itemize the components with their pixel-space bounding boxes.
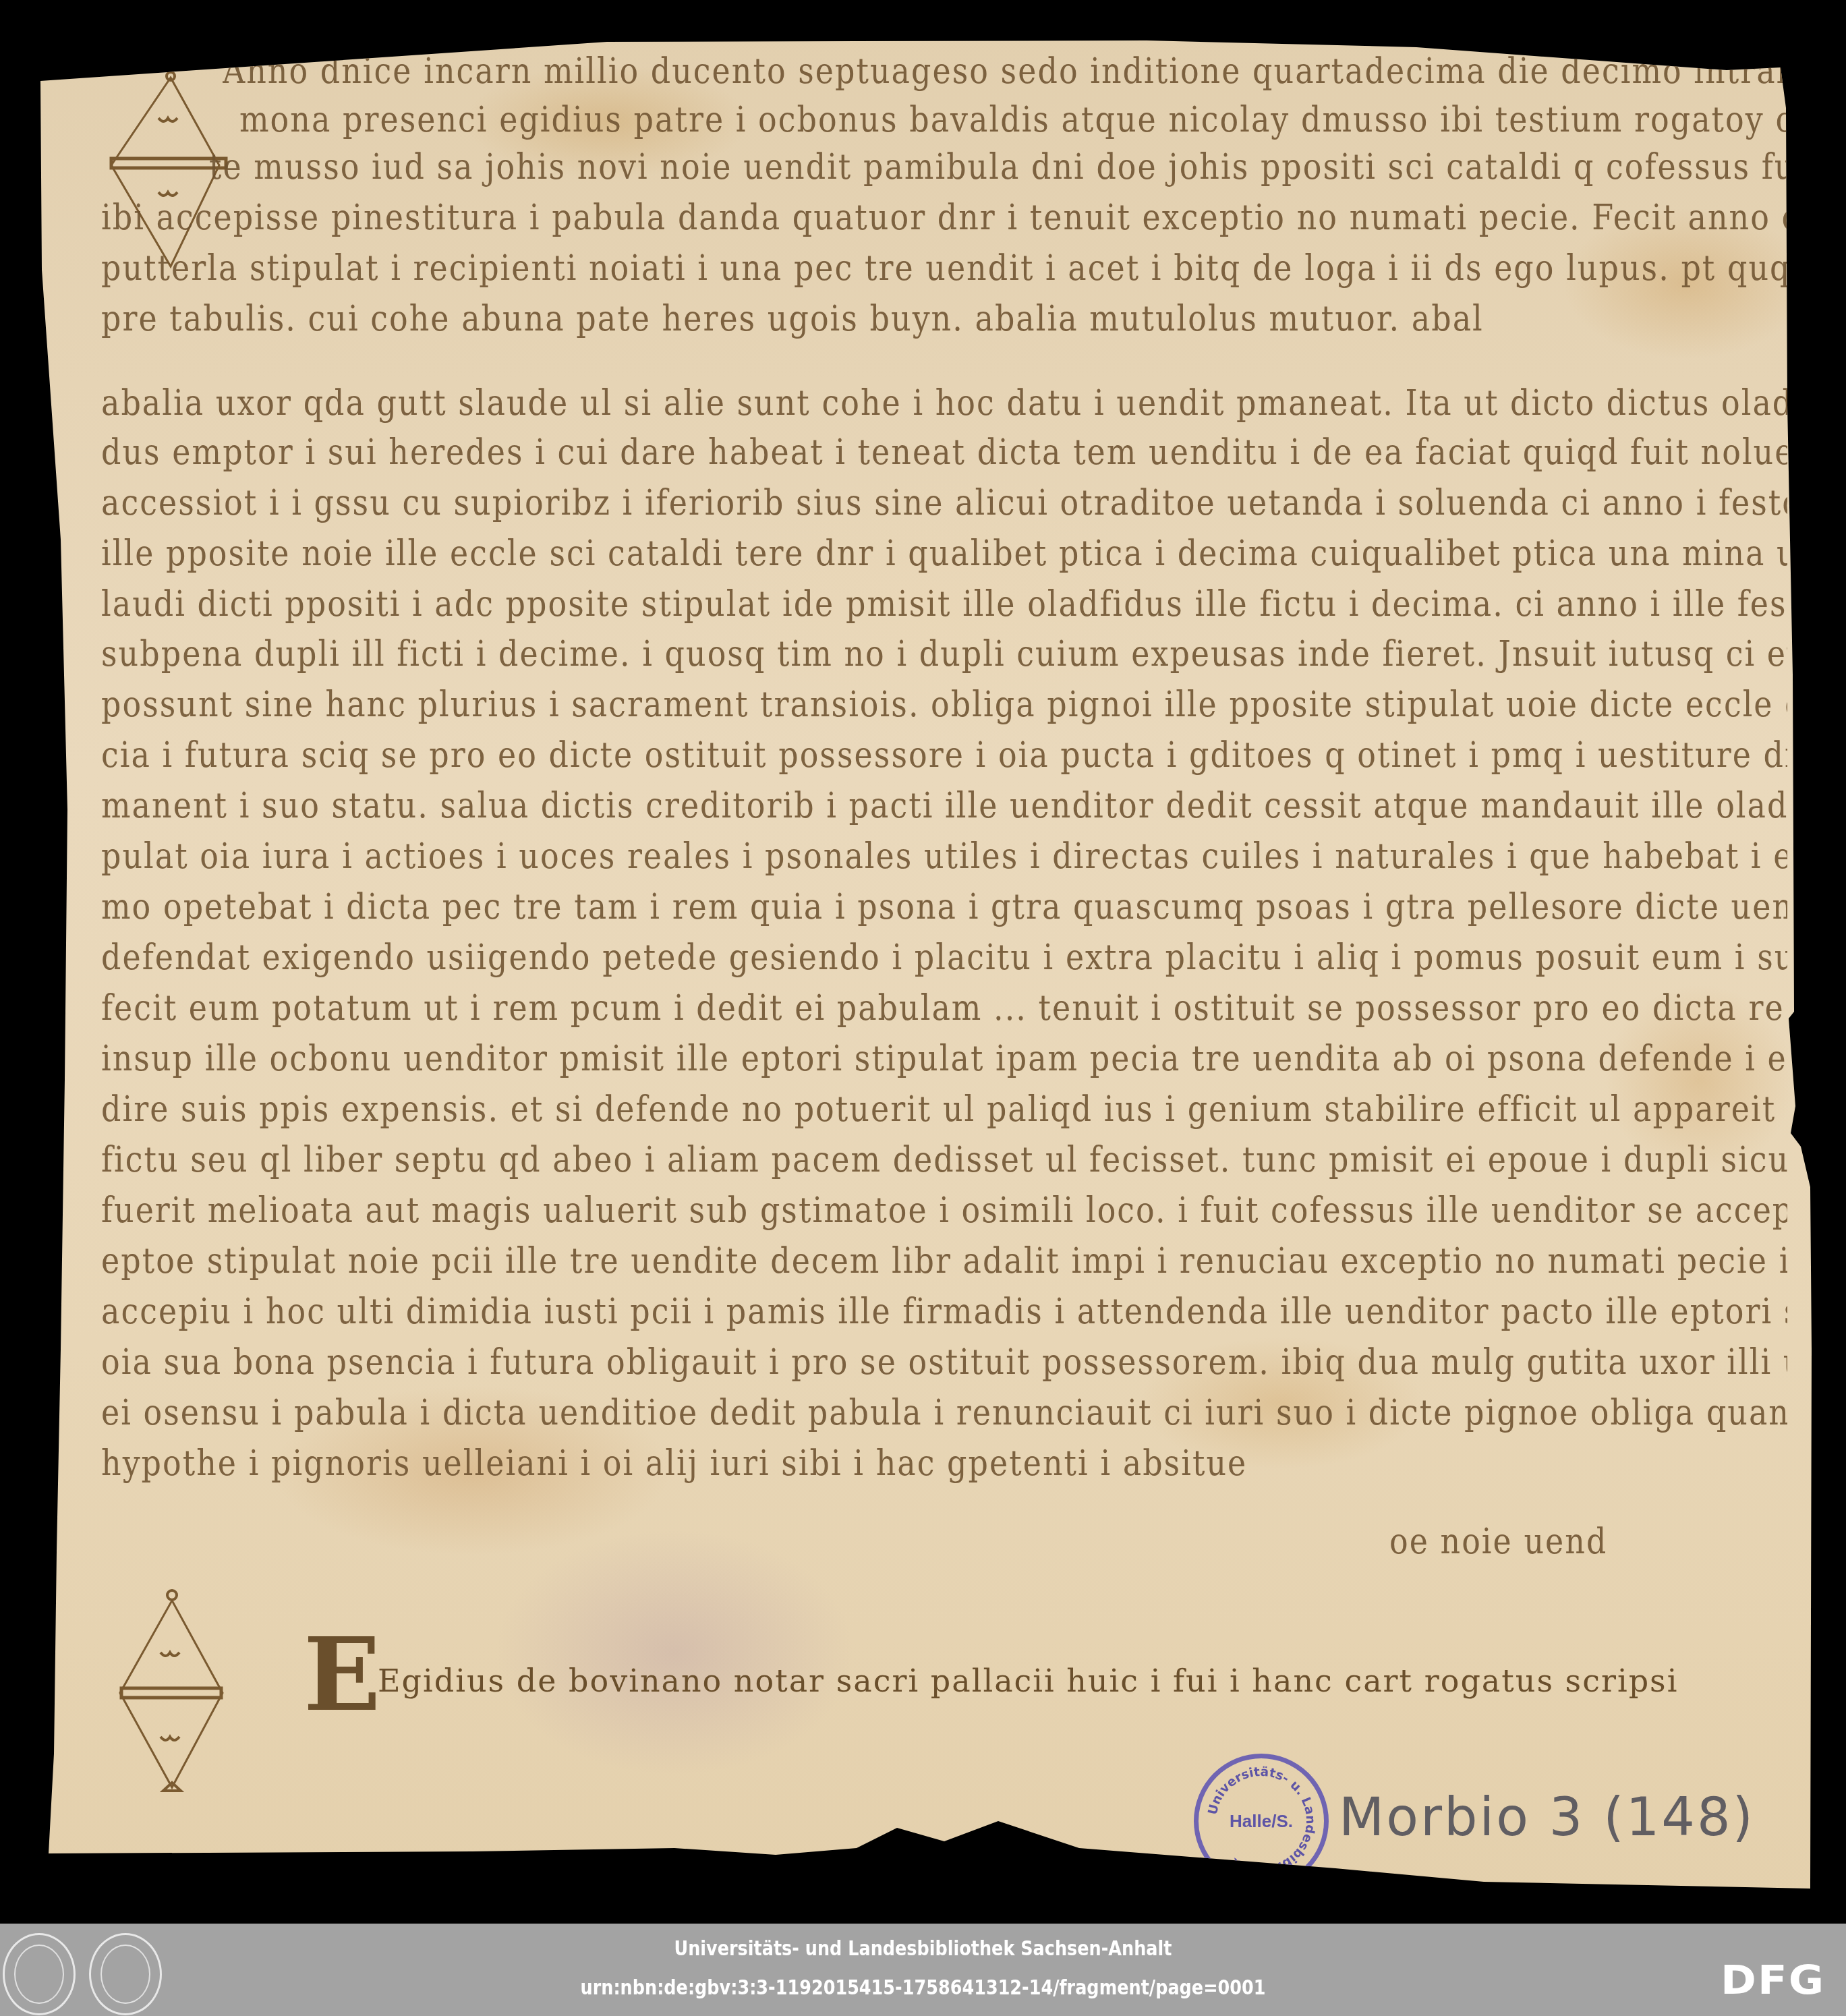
text-line: pre tabulis. cui cohe abuna pate heres u… (101, 297, 1484, 339)
text-line: eptoe stipulat noie pcii ille tre uendit… (101, 1240, 1787, 1281)
institution-name: Universitäts- und Landesbibliothek Sachs… (138, 1937, 1707, 1961)
text-line: possunt sine hanc plurius i sacrament tr… (101, 683, 1787, 725)
dfg-logo: DFG (1721, 1957, 1826, 2003)
text-line: fecit eum potatum ut i rem pcum i dedit … (101, 987, 1787, 1029)
text-line: ille pposite noie ille eccle sci cataldi… (101, 532, 1787, 574)
text-line: insup ille ocbonu uenditor pmisit ille e… (101, 1037, 1787, 1079)
text-line: te musso iud sa johis novi noie uendit p… (209, 146, 1846, 188)
text-line: Anno dnice incarn millio ducento septuag… (223, 50, 1846, 92)
text-line: hypothe i pignoris uelleiani i oi alij i… (101, 1442, 1248, 1484)
text-line: dire suis ppis expensis. et si defende n… (101, 1088, 1787, 1130)
library-stamp: Universitäts- u. Landesbibliothek Halle/… (1194, 1754, 1329, 1889)
text-line: pulat oia iura i actioes i uoces reales … (101, 835, 1787, 877)
text-line: accessiot i i gssu cu supioribz i iferio… (101, 482, 1787, 523)
university-seal-icon (3, 1933, 76, 2015)
text-line: accepiu i hoc ulti dimidia iusti pcii i … (101, 1290, 1787, 1332)
text-line: subpena dupli ill ficti i decime. i quos… (101, 633, 1787, 674)
text-line: fictu seu ql liber septu qd abeo i aliam… (101, 1139, 1787, 1180)
text-line: dus emptor i sui heredes i cui dare habe… (101, 431, 1787, 473)
footer-bar: Universitäts- und Landesbibliothek Sachs… (0, 1924, 1846, 2016)
parchment-charter: CXLVIII Anno dnice incarn millio ducento… (0, 0, 1846, 1924)
text-line: defendat exigendo usiigendo petede gesie… (101, 936, 1787, 978)
text-line: laudi dicti ppositi i adc pposite stipul… (101, 583, 1787, 625)
shelfmark: Morbio 3 (148) (1339, 1787, 1755, 1848)
text-line-insertion: oe noie uendit (1389, 1520, 1605, 1562)
archive-numeral: CXLVIII (1656, 12, 1818, 55)
text-line: mona presenci egidius patre i ocbonus ba… (239, 98, 1846, 140)
notarial-signum-icon (115, 1588, 229, 1797)
text-line: abalia uxor qda gutt slaude ul si alie s… (101, 382, 1787, 424)
urn-identifier: urn:nbn:de:gbv:3:3-1192015415-1758641312… (138, 1976, 1707, 2000)
text-line: fuerit melioata aut magis ualuerit sub g… (101, 1189, 1787, 1231)
text-line: putterla stipulat i recipienti noiati i … (101, 247, 1787, 289)
notarial-subscription: Egidius de bovinano notar sacri pallacii… (378, 1663, 1678, 1699)
text-line: cia i futura sciq se pro eo dicte ostitu… (101, 734, 1787, 776)
scan-viewer: CXLVIII Anno dnice incarn millio ducento… (0, 0, 1846, 1924)
text-line: ei osensu i pabula i dicta uenditioe ded… (101, 1391, 1787, 1433)
text-line: ibi accepisse pinestitura i pabula danda… (101, 196, 1787, 238)
text-line: oia sua bona psencia i futura obligauit … (101, 1341, 1787, 1383)
notarial-initial: E (304, 1615, 380, 1734)
numeral-pencil-rule (1649, 32, 1804, 34)
text-line: manent i suo statu. salua dictis credito… (101, 784, 1787, 826)
text-line: mo opetebat i dicta pec tre tam i rem qu… (101, 886, 1787, 927)
stamp-center-text: Halle/S. (1230, 1811, 1293, 1832)
